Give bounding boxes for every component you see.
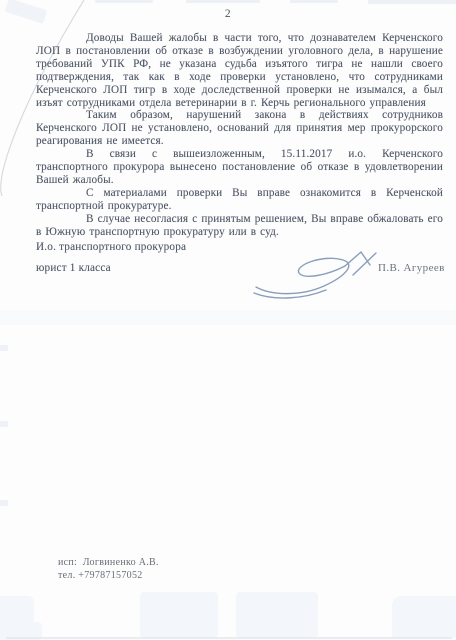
paragraph-review: С материалами проверки Вы вправе ознаком… [36, 187, 443, 213]
scan-artifact-top-dash [290, 0, 338, 3]
paragraph-decision: В связи с вышеизложенным, 15.11.2017 и.о… [36, 148, 443, 187]
paragraph-arguments: Доводы Вашей жалобы в части того, что до… [36, 32, 443, 109]
signatory-rank: юрист 1 класса [36, 262, 111, 274]
scan-artifact-bottom-line [6, 637, 452, 639]
scan-artifact-left-dash [0, 500, 8, 506]
scan-artifact-bottom-shape [8, 622, 42, 640]
signatory-position: И.о. транспортного прокурора [36, 241, 186, 253]
scan-artifact-bottom-shape [140, 592, 218, 638]
handwritten-signature [252, 244, 392, 302]
page-number: 2 [36, 8, 420, 20]
scan-artifact-top-dash [368, 0, 456, 4]
paragraph-appeal: В случае несогласия с принятым решением,… [36, 213, 443, 239]
scan-artifact-top-dash [186, 0, 260, 3]
scan-artifact-bottom-shape [0, 596, 34, 640]
scan-artifact-left-dash [0, 345, 8, 351]
executor-footer: исп: Логвиненко А.В. тел. +79787157052 [58, 556, 159, 582]
scan-artifact-bottom-shape [392, 596, 456, 638]
document-body: Доводы Вашей жалобы в части того, что до… [36, 32, 443, 239]
executor-name: исп: Логвиненко А.В. [58, 556, 159, 569]
signatory-name: П.В. Агуреев [378, 262, 445, 274]
executor-phone: тел. +79787157052 [58, 569, 159, 582]
scan-artifact-left-dash [0, 421, 8, 427]
paragraph-conclusion: Таким образом, нарушений закона в действ… [36, 109, 443, 148]
scan-artifact-shadow-band [0, 310, 456, 325]
scanned-document-page: 2 Доводы Вашей жалобы в части того, что … [0, 0, 456, 640]
scan-artifact-bottom-shape [236, 592, 318, 638]
scan-artifact-top-dash [95, 0, 153, 3]
